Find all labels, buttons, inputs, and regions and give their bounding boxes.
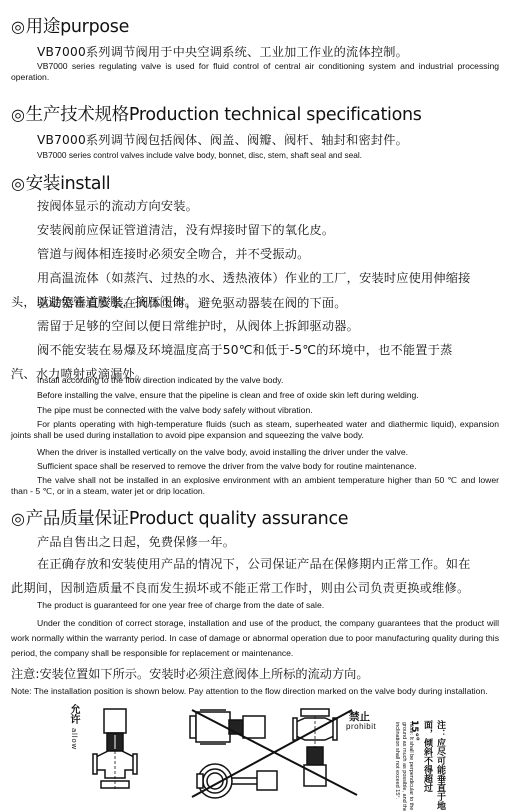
purpose-text-en: VB7000 series regulating valve is used f… (11, 61, 499, 83)
bullet-icon: ◎ (11, 17, 25, 36)
specs-heading-en: Production technical specifications (129, 105, 422, 125)
installation-note-en: Note: The installation position is shown… (11, 686, 499, 697)
quality-item-en: Under the condition of correct storage, … (11, 616, 499, 661)
specs-text-cn: VB7000系列调节阀包括阀体、阀盖、阀瓣、阀杆、轴封和密封件。 (37, 132, 408, 148)
install-item-cn: 驱动器垂直安装在阀体上时，避免驱动器装在阀的下面。 (37, 295, 347, 311)
product-manual-page: ◎用途purpose VB7000系列调节阀用于中央空调系统、工业加工作业的流体… (0, 0, 510, 811)
quality-item-en: The product is guaranteed for one year f… (37, 600, 324, 611)
specs-heading-cn: 生产技术规格 (26, 105, 129, 125)
specs-text-en: VB7000 series control valves include val… (37, 150, 362, 161)
quality-item-cn: 在正确存放和安装使用产品的情况下，公司保证产品在保修期内正常工作。如在此期间，因… (11, 552, 473, 600)
bullet-icon: ◎ (11, 174, 25, 193)
purpose-heading-en: purpose (60, 17, 129, 37)
install-item-en: The valve shall not be installed in an e… (11, 475, 499, 497)
quality-heading-cn: 产品质量保证 (26, 509, 129, 529)
installation-note-cn: 注意:安装位置如下所示。安装时必须注意阀体上所标的流动方向。 (11, 666, 369, 682)
install-item-en: The pipe must be connected with the valv… (37, 405, 313, 416)
prohibited-end-view-valve-icon (197, 764, 277, 798)
inclination-note-en: Note: It shall be perpendicular to the g… (380, 722, 414, 811)
quality-heading: ◎产品质量保证Product quality assurance (11, 508, 348, 530)
allowed-valve-icon (93, 709, 137, 790)
purpose-heading-cn: 用途 (26, 17, 60, 37)
install-item-cn: 需留于足够的空间以便日常维护时，从阀体上拆卸驱动器。 (37, 318, 359, 334)
install-heading-en: install (60, 174, 110, 194)
install-item-en: Before installing the valve, ensure that… (37, 390, 419, 401)
install-item-en: For plants operating with high-temperatu… (11, 419, 499, 441)
bullet-icon: ◎ (11, 105, 25, 124)
bullet-icon: ◎ (11, 509, 25, 528)
install-heading-cn: 安装 (26, 174, 60, 194)
install-item-en: Sufficient space shall be reserved to re… (37, 461, 417, 472)
purpose-text-cn: VB7000系列调节阀用于中央空调系统、工业加工作业的流体控制。 (37, 44, 408, 60)
prohibit-label-en: prohibit (346, 722, 376, 731)
specs-heading: ◎生产技术规格Production technical specificatio… (11, 104, 422, 126)
install-item-cn: 安装阀前应保证管道清洁，没有焊接时留下的氧化皮。 (37, 222, 334, 238)
quality-heading-en: Product quality assurance (129, 509, 348, 529)
purpose-heading: ◎用途purpose (11, 16, 129, 38)
install-item-en: Install according to the flow direction … (37, 375, 283, 386)
install-item-en: When the driver is installed vertically … (37, 447, 408, 458)
inclination-note-cn: 注：应尽可能垂直于地面，倾斜不得超过15°。 (418, 720, 446, 811)
install-item-cn: 管道与阀体相连接时必须安全吻合，并不受振动。 (37, 246, 310, 262)
install-item-cn: 按阀体显示的流动方向安装。 (37, 198, 198, 214)
install-heading: ◎安装install (11, 173, 110, 195)
quality-item-cn: 产品自售出之日起，免费保修一年。 (37, 534, 235, 550)
